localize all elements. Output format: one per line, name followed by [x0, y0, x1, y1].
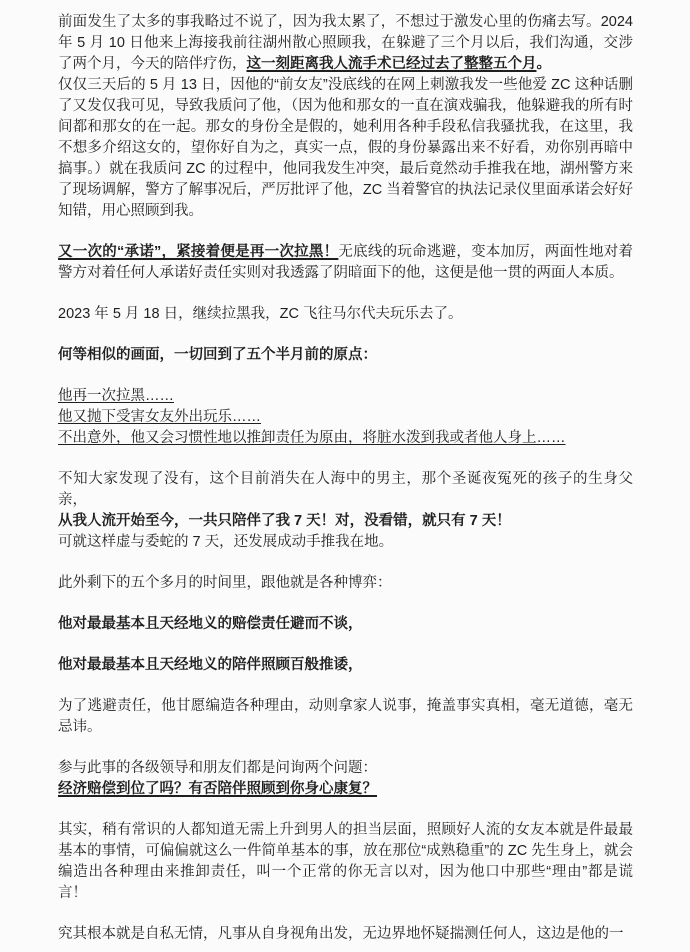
text-segment: 他对最最基本且天经地义的赔偿责任避而不谈，	[58, 616, 363, 632]
text-segment: 此外剩下的五个多月的时间里，跟他就是各种博弈：	[58, 575, 392, 591]
text-segment: 这一刻距离我人流手术已经过去了整整五个月	[247, 56, 537, 72]
text-segment: 何等相似的画面，一切回到了五个半月前的原点：	[58, 347, 377, 363]
text-segment: 他对最最基本且天经地义的陪伴照顾百般推诿，	[58, 657, 363, 673]
text-segment: 究其根本就是自私无情，凡事从自身视角出发，无边界地怀疑揣测任何人，这边是他的一	[58, 926, 624, 942]
paragraph: 何等相似的画面，一切回到了五个半月前的原点：	[58, 345, 633, 366]
paragraph: 他对最最基本且天经地义的陪伴照顾百般推诿，	[58, 655, 633, 676]
text-segment: 经济赔偿到位了吗？有否陪伴照顾到你身心康复？	[58, 781, 377, 797]
paragraph: 2023 年 5 月 18 日，继续拉黑我，ZC 飞往马尔代夫玩乐去了。	[58, 304, 633, 325]
article-body: 前面发生了太多的事我略过不说了，因为我太累了，不想过于激发心里的伤痛去写。202…	[58, 12, 633, 945]
text-segment: 参与此事的各级领导和朋友们都是问询两个问题：	[58, 760, 377, 776]
text-segment: 不出意外，他又会习惯性地以推卸责任为原由，将脏水泼到我或者他人身上……	[58, 430, 566, 446]
paragraph: 其实，稍有常识的人都知道无需上升到男人的担当层面，照顾好人流的女友本就是件最最基…	[58, 820, 633, 904]
paragraph: 仅仅三天后的 5 月 13 日，因他的“前女友”没底线的在网上刺激我发一些他爱 …	[58, 75, 633, 222]
text-segment: 。	[537, 56, 552, 72]
text-segment: 仅仅三天后的 5 月 13 日，因他的“前女友”没底线的在网上刺激我发一些他爱 …	[58, 77, 633, 219]
paragraph: 不知大家发现了没有，这个目前消失在人海中的男主，那个圣诞夜冤死的孩子的生身父亲，…	[58, 469, 633, 553]
text-segment: 可就这样虚与委蛇的 7 天，还发展成动手推我在地。	[58, 534, 393, 550]
text-segment: 又一次的“承诺”，紧接着便是再一次拉黑！	[58, 244, 338, 260]
text-segment: 为了逃避责任，他甘愿编造各种理由，动则拿家人说事，掩盖事实真相，毫无道德，毫无忌…	[58, 698, 633, 735]
document-page: 前面发生了太多的事我略过不说了，因为我太累了，不想过于激发心里的伤痛去写。202…	[0, 0, 690, 952]
text-segment: 他再一次拉黑……	[58, 388, 174, 404]
text-segment: 他又抛下受害女友外出玩乐……	[58, 409, 261, 425]
paragraph: 他再一次拉黑……他又抛下受害女友外出玩乐……不出意外，他又会习惯性地以推卸责任为…	[58, 386, 633, 449]
text-segment: 不知大家发现了没有，这个目前消失在人海中的男主，那个圣诞夜冤死的孩子的生身父亲，	[58, 471, 633, 508]
paragraph: 他对最最基本且天经地义的赔偿责任避而不谈，	[58, 614, 633, 635]
paragraph: 究其根本就是自私无情，凡事从自身视角出发，无边界地怀疑揣测任何人，这边是他的一	[58, 924, 633, 945]
paragraph: 参与此事的各级领导和朋友们都是问询两个问题：经济赔偿到位了吗？有否陪伴照顾到你身…	[58, 758, 633, 800]
text-segment: 2023 年 5 月 18 日，继续拉黑我，ZC 飞往马尔代夫玩乐去了。	[58, 306, 462, 322]
paragraph: 前面发生了太多的事我略过不说了，因为我太累了，不想过于激发心里的伤痛去写。202…	[58, 12, 633, 75]
paragraph: 为了逃避责任，他甘愿编造各种理由，动则拿家人说事，掩盖事实真相，毫无道德，毫无忌…	[58, 696, 633, 738]
text-segment: 其实，稍有常识的人都知道无需上升到男人的担当层面，照顾好人流的女友本就是件最最基…	[58, 822, 633, 901]
text-segment: 从我人流开始至今，一共只陪伴了我 7 天！对，没看错，就只有 7 天！	[58, 513, 511, 529]
paragraph: 又一次的“承诺”，紧接着便是再一次拉黑！无底线的玩命逃避，变本加厉，两面性地对着…	[58, 242, 633, 284]
paragraph: 此外剩下的五个多月的时间里，跟他就是各种博弈：	[58, 573, 633, 594]
